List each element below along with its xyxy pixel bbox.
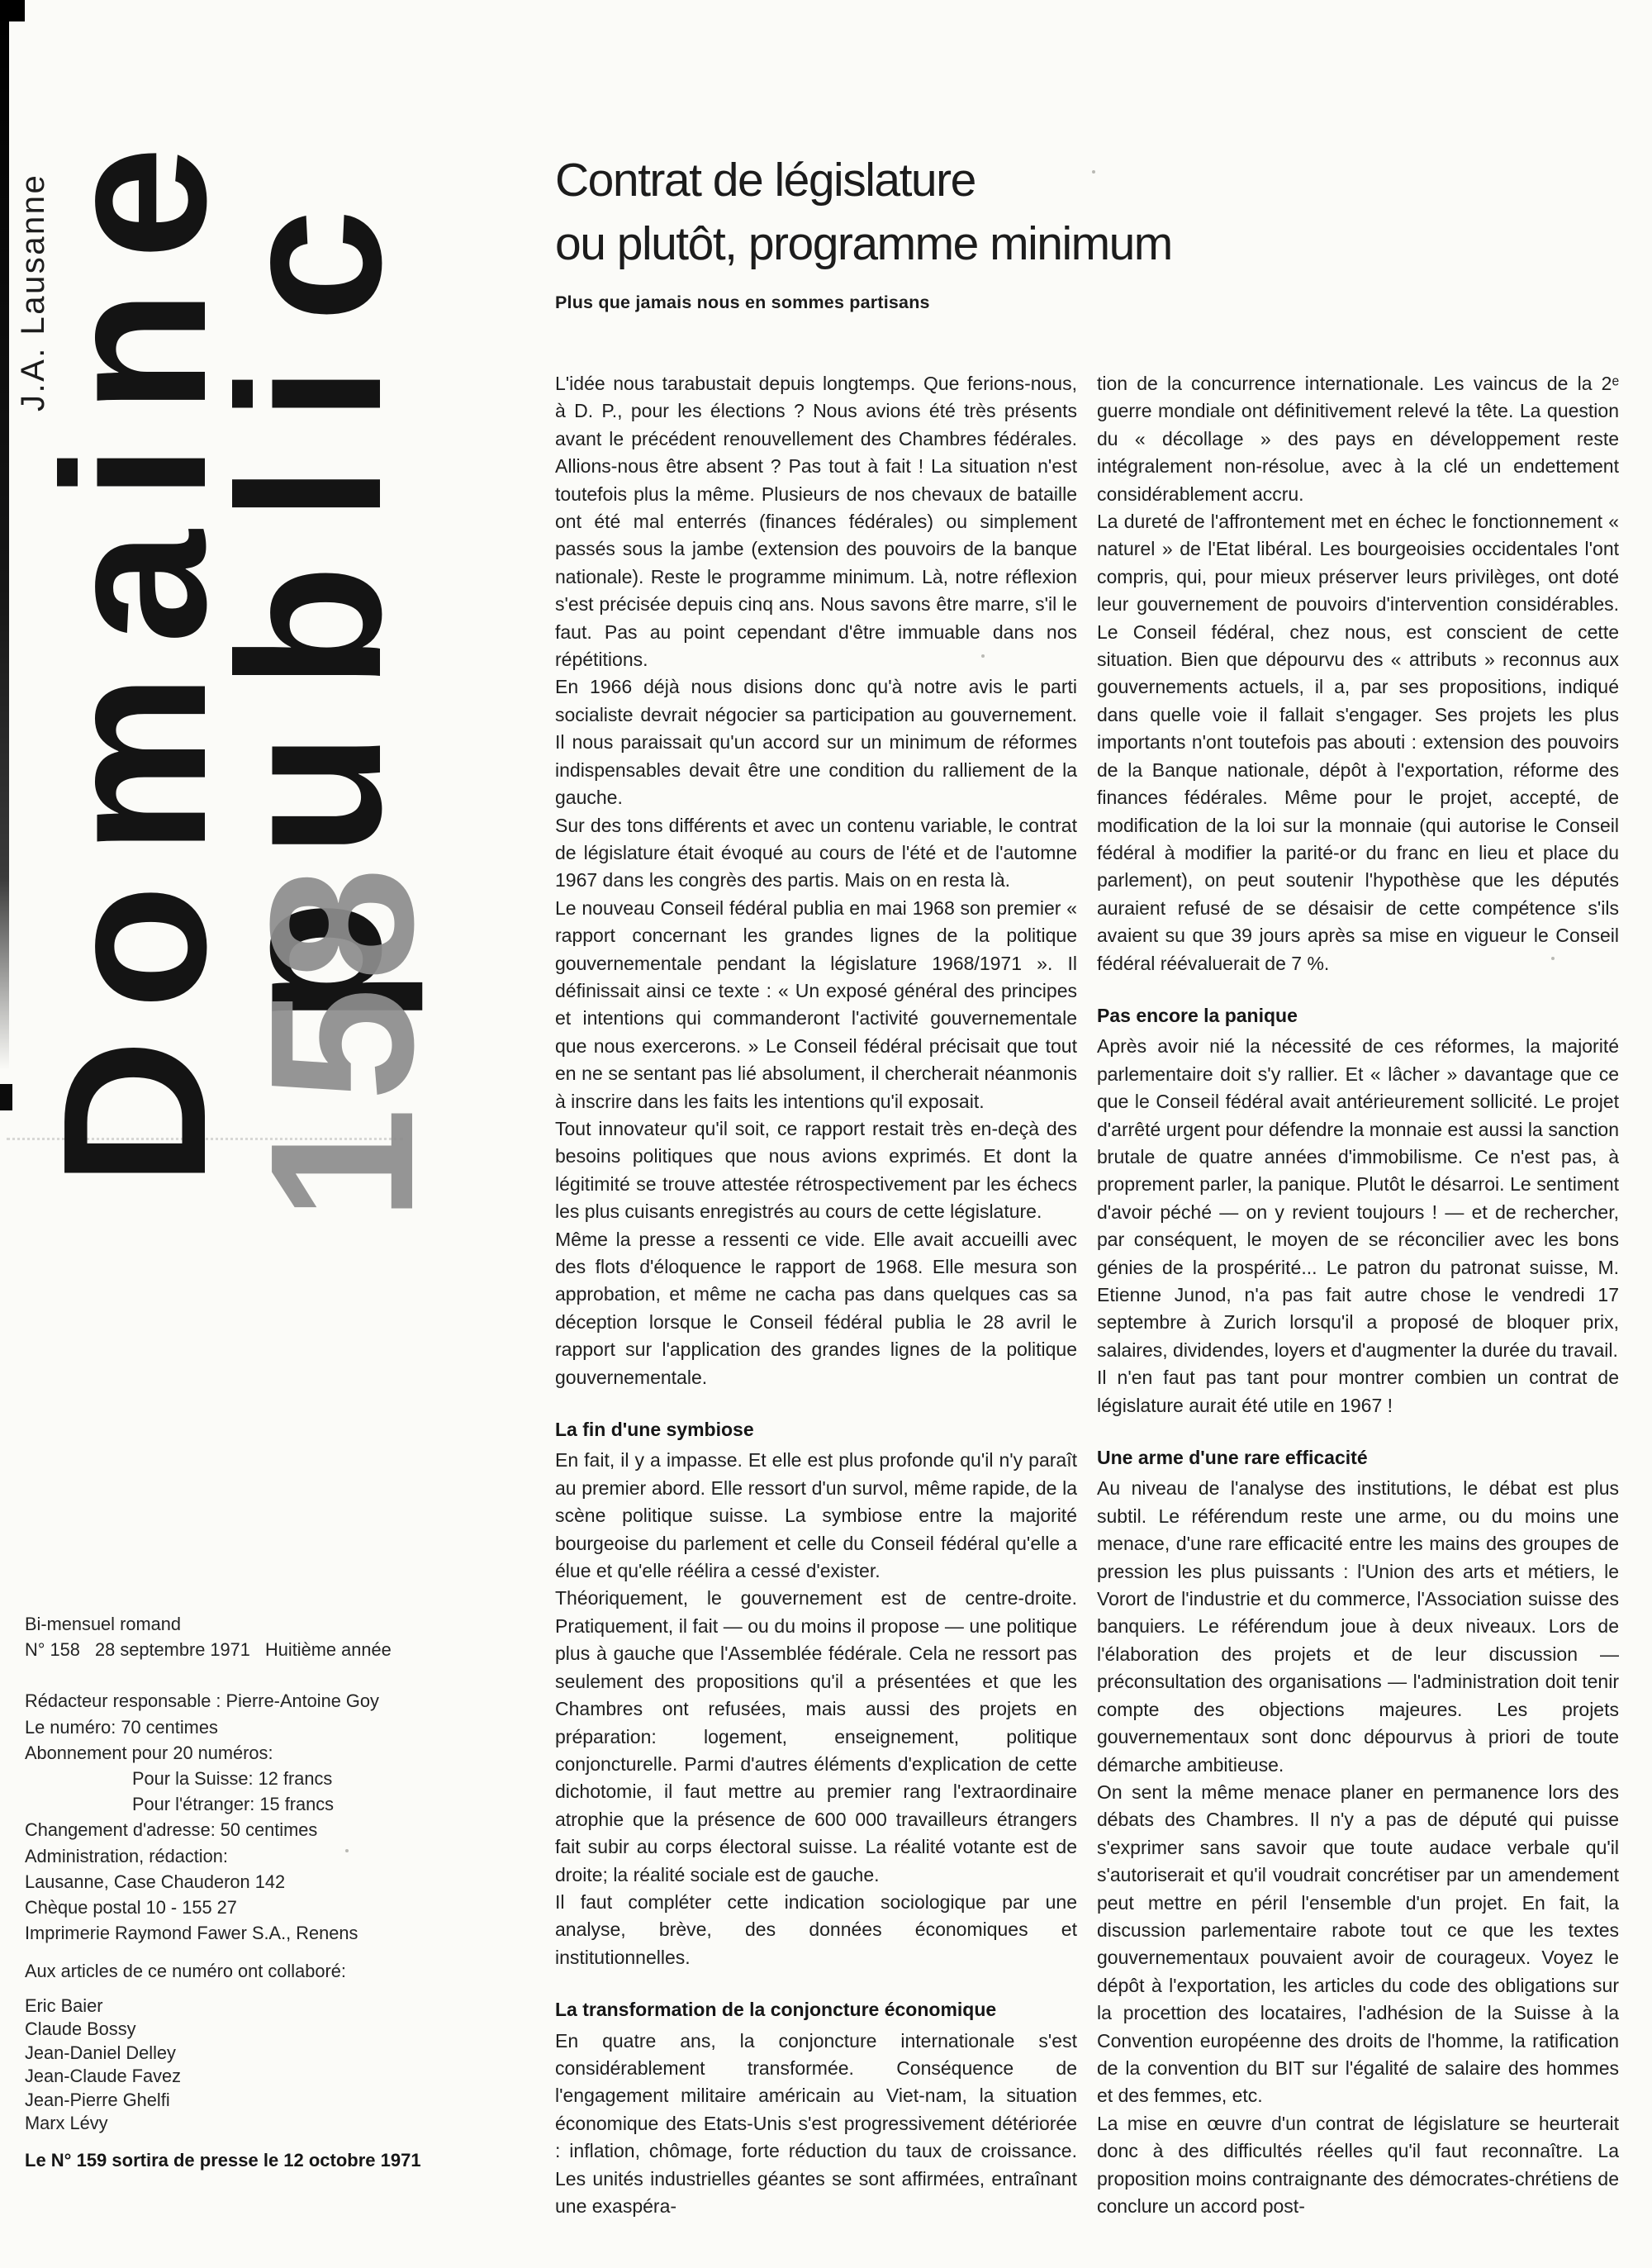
article-paragraph: tion de la concurrence internationale. L… bbox=[1097, 370, 1619, 508]
next-issue-note: Le N° 159 sortira de presse le 12 octobr… bbox=[25, 2150, 603, 2171]
imprint-line: Pour la Suisse: 12 francs bbox=[25, 1766, 550, 1791]
article-paragraph: Tout innovateur qu'il soit, ce rapport r… bbox=[555, 1115, 1077, 1226]
contributors-block: Aux articles de ce numéro ont collaboré:… bbox=[25, 1960, 550, 2135]
scan-edge-artifact bbox=[0, 0, 9, 1070]
contributors-list: Eric BaierClaude BossyJean-Daniel Delley… bbox=[25, 1995, 550, 2135]
contributor-name: Jean-Daniel Delley bbox=[25, 2042, 550, 2065]
contributor-name: Claude Bossy bbox=[25, 2018, 550, 2041]
article-paragraph: En quatre ans, la conjoncture internatio… bbox=[555, 2028, 1077, 2221]
imprint-line: Lausanne, Case Chauderon 142 bbox=[25, 1869, 550, 1895]
contributor-name: Marx Lévy bbox=[25, 2112, 550, 2135]
section-heading: La transformation de la conjoncture écon… bbox=[555, 1996, 1077, 2023]
article-paragraph: Après avoir nié la nécessité de ces réfo… bbox=[1097, 1033, 1619, 1364]
article-paragraph: La dureté de l'affrontement met en échec… bbox=[1097, 508, 1619, 977]
scan-corner-artifact bbox=[0, 0, 25, 21]
masthead-issue-number: 158 bbox=[240, 861, 444, 1221]
article-paragraph: Au niveau de l'analyse des institutions,… bbox=[1097, 1475, 1619, 1778]
article-paragraph: Il n'en faut pas tant pour montrer combi… bbox=[1097, 1364, 1619, 1419]
imprint-line: Administration, rédaction: bbox=[25, 1843, 550, 1869]
article-paragraph: Sur des tons différents et avec un conte… bbox=[555, 812, 1077, 895]
article-title-line1: Contrat de législature bbox=[555, 157, 1621, 204]
article-paragraph: En 1966 déjà nous disions donc qu'à notr… bbox=[555, 673, 1077, 811]
imprint-line: Abonnement pour 20 numéros: bbox=[25, 1740, 550, 1766]
contributor-name: Jean-Pierre Ghelfi bbox=[25, 2089, 550, 2112]
newspaper-page: J.A. Lausanne Domaine public 158 Contrat… bbox=[0, 0, 1652, 2268]
article-paragraph: Même la presse a ressenti ce vide. Elle … bbox=[555, 1226, 1077, 1391]
imprint-line: Bi-mensuel romand bbox=[25, 1611, 550, 1637]
article-title-line2: ou plutôt, programme minimum bbox=[555, 221, 1621, 268]
article-standfirst: Plus que jamais nous en sommes partisans bbox=[555, 292, 1621, 313]
imprint-line: Pour l'étranger: 15 francs bbox=[25, 1791, 550, 1817]
section-heading: La fin d'une symbiose bbox=[555, 1416, 1077, 1443]
article-paragraph: L'idée nous tarabustait depuis longtemps… bbox=[555, 370, 1077, 673]
section-heading: Pas encore la panique bbox=[1097, 1002, 1619, 1029]
left-column: L'idée nous tarabustait depuis longtemps… bbox=[555, 370, 1077, 2220]
imprint-line: Imprimerie Raymond Fawer S.A., Renens bbox=[25, 1920, 550, 1946]
article-paragraph: La mise en œuvre d'un contrat de législa… bbox=[1097, 2110, 1619, 2221]
right-column: tion de la concurrence internationale. L… bbox=[1097, 370, 1619, 2220]
article-paragraph: On sent la même menace planer en permane… bbox=[1097, 1779, 1619, 2110]
contributors-heading: Aux articles de ce numéro ont collaboré: bbox=[25, 1960, 550, 1983]
article-paragraph: Le nouveau Conseil fédéral publia en mai… bbox=[555, 895, 1077, 1115]
article-header: Contrat de législature ou plutôt, progra… bbox=[555, 157, 1621, 313]
imprint-line: Chèque postal 10 - 155 27 bbox=[25, 1895, 550, 1920]
contributor-name: Eric Baier bbox=[25, 1995, 550, 2018]
article-paragraph: En fait, il y a impasse. Et elle est plu… bbox=[555, 1447, 1077, 1585]
contributor-name: Jean-Claude Favez bbox=[25, 2065, 550, 2088]
imprint-line: Le numéro: 70 centimes bbox=[25, 1714, 550, 1740]
scan-edge-tick bbox=[0, 1084, 12, 1110]
imprint-block: Bi-mensuel romandN° 158 28 septembre 197… bbox=[25, 1611, 550, 1946]
section-heading: Une arme d'une rare efficacité bbox=[1097, 1444, 1619, 1472]
imprint-line: Rédacteur responsable : Pierre-Antoine G… bbox=[25, 1688, 550, 1714]
article-paragraph: Théoriquement, le gouvernement est de ce… bbox=[555, 1585, 1077, 1888]
imprint-line: N° 158 28 septembre 1971 Huitième année bbox=[25, 1637, 550, 1662]
article-paragraph: Il faut compléter cette indication socio… bbox=[555, 1889, 1077, 1971]
imprint-line: Changement d'adresse: 50 centimes bbox=[25, 1817, 550, 1842]
